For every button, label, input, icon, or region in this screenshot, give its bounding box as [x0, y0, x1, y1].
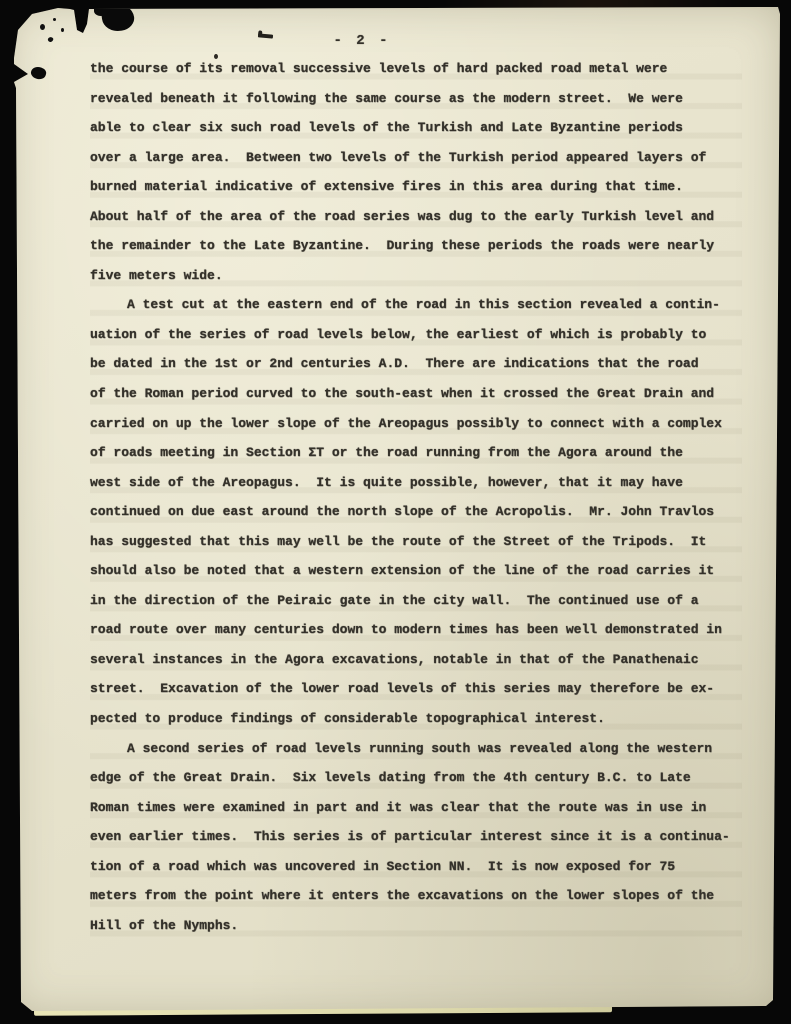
text-line: tion of a road which was uncovered in Se…	[90, 852, 742, 882]
tear-mark	[30, 65, 48, 81]
ink-speck	[47, 36, 54, 43]
ink-speck	[258, 33, 273, 38]
text-line: pected to produce findings of considerab…	[90, 704, 742, 734]
text-line: About half of the area of the road serie…	[90, 202, 742, 232]
text-line: five meters wide.	[90, 261, 742, 291]
text-line: the remainder to the Late Byzantine. Dur…	[90, 231, 742, 261]
text-line: revealed beneath it following the same c…	[90, 84, 742, 114]
text-line: Roman times were examined in part and it…	[90, 793, 742, 823]
text-line: edge of the Great Drain. Six levels dati…	[90, 763, 742, 793]
text-line: over a large area. Between two levels of…	[90, 143, 742, 173]
text-line: the course of its removal successive lev…	[90, 54, 742, 84]
text-line: has suggested that this may well be the …	[90, 527, 742, 557]
paragraph-3: A second series of road levels running s…	[90, 734, 742, 941]
text-line: be dated in the 1st or 2nd centuries A.D…	[90, 349, 742, 379]
text-line: street. Excavation of the lower road lev…	[90, 674, 742, 704]
text-line: several instances in the Agora excavatio…	[90, 645, 742, 675]
paper-page: - 2 - the course of its removal successi…	[6, 4, 784, 1018]
text-line: road route over many centuries down to m…	[90, 615, 742, 645]
text-line: of roads meeting in Section ΣT or the ro…	[90, 438, 742, 468]
text-line: west side of the Areopagus. It is quite …	[90, 468, 742, 498]
text-line: Hill of the Nymphs.	[90, 911, 742, 941]
text-line: should also be noted that a western exte…	[90, 556, 742, 586]
text-line: uation of the series of road levels belo…	[90, 320, 742, 350]
text-line: meters from the point where it enters th…	[90, 881, 742, 911]
page-number: - 2 -	[302, 33, 422, 49]
text-line: A second series of road levels running s…	[90, 734, 742, 764]
ink-speck	[40, 24, 45, 30]
text-line: continued on due east around the north s…	[90, 497, 742, 527]
document-text: the course of its removal successive lev…	[90, 54, 742, 940]
photo-backdrop: - 2 - the course of its removal successi…	[0, 0, 791, 1024]
torn-corner-hole	[100, 2, 135, 33]
text-line: in the direction of the Peiraic gate in …	[90, 586, 742, 616]
ink-speck	[214, 54, 218, 59]
paragraph-1: the course of its removal successive lev…	[90, 54, 742, 290]
text-line: A test cut at the eastern end of the roa…	[90, 290, 742, 320]
text-line: carried on up the lower slope of the Are…	[90, 409, 742, 439]
text-line: of the Roman period curved to the south-…	[90, 379, 742, 409]
ink-speck	[53, 18, 56, 21]
ink-speck	[61, 28, 64, 32]
paragraph-2: A test cut at the eastern end of the roa…	[90, 290, 742, 733]
text-line: burned material indicative of extensive …	[90, 172, 742, 202]
text-line: even earlier times. This series is of pa…	[90, 822, 742, 852]
text-line: able to clear six such road levels of th…	[90, 113, 742, 143]
